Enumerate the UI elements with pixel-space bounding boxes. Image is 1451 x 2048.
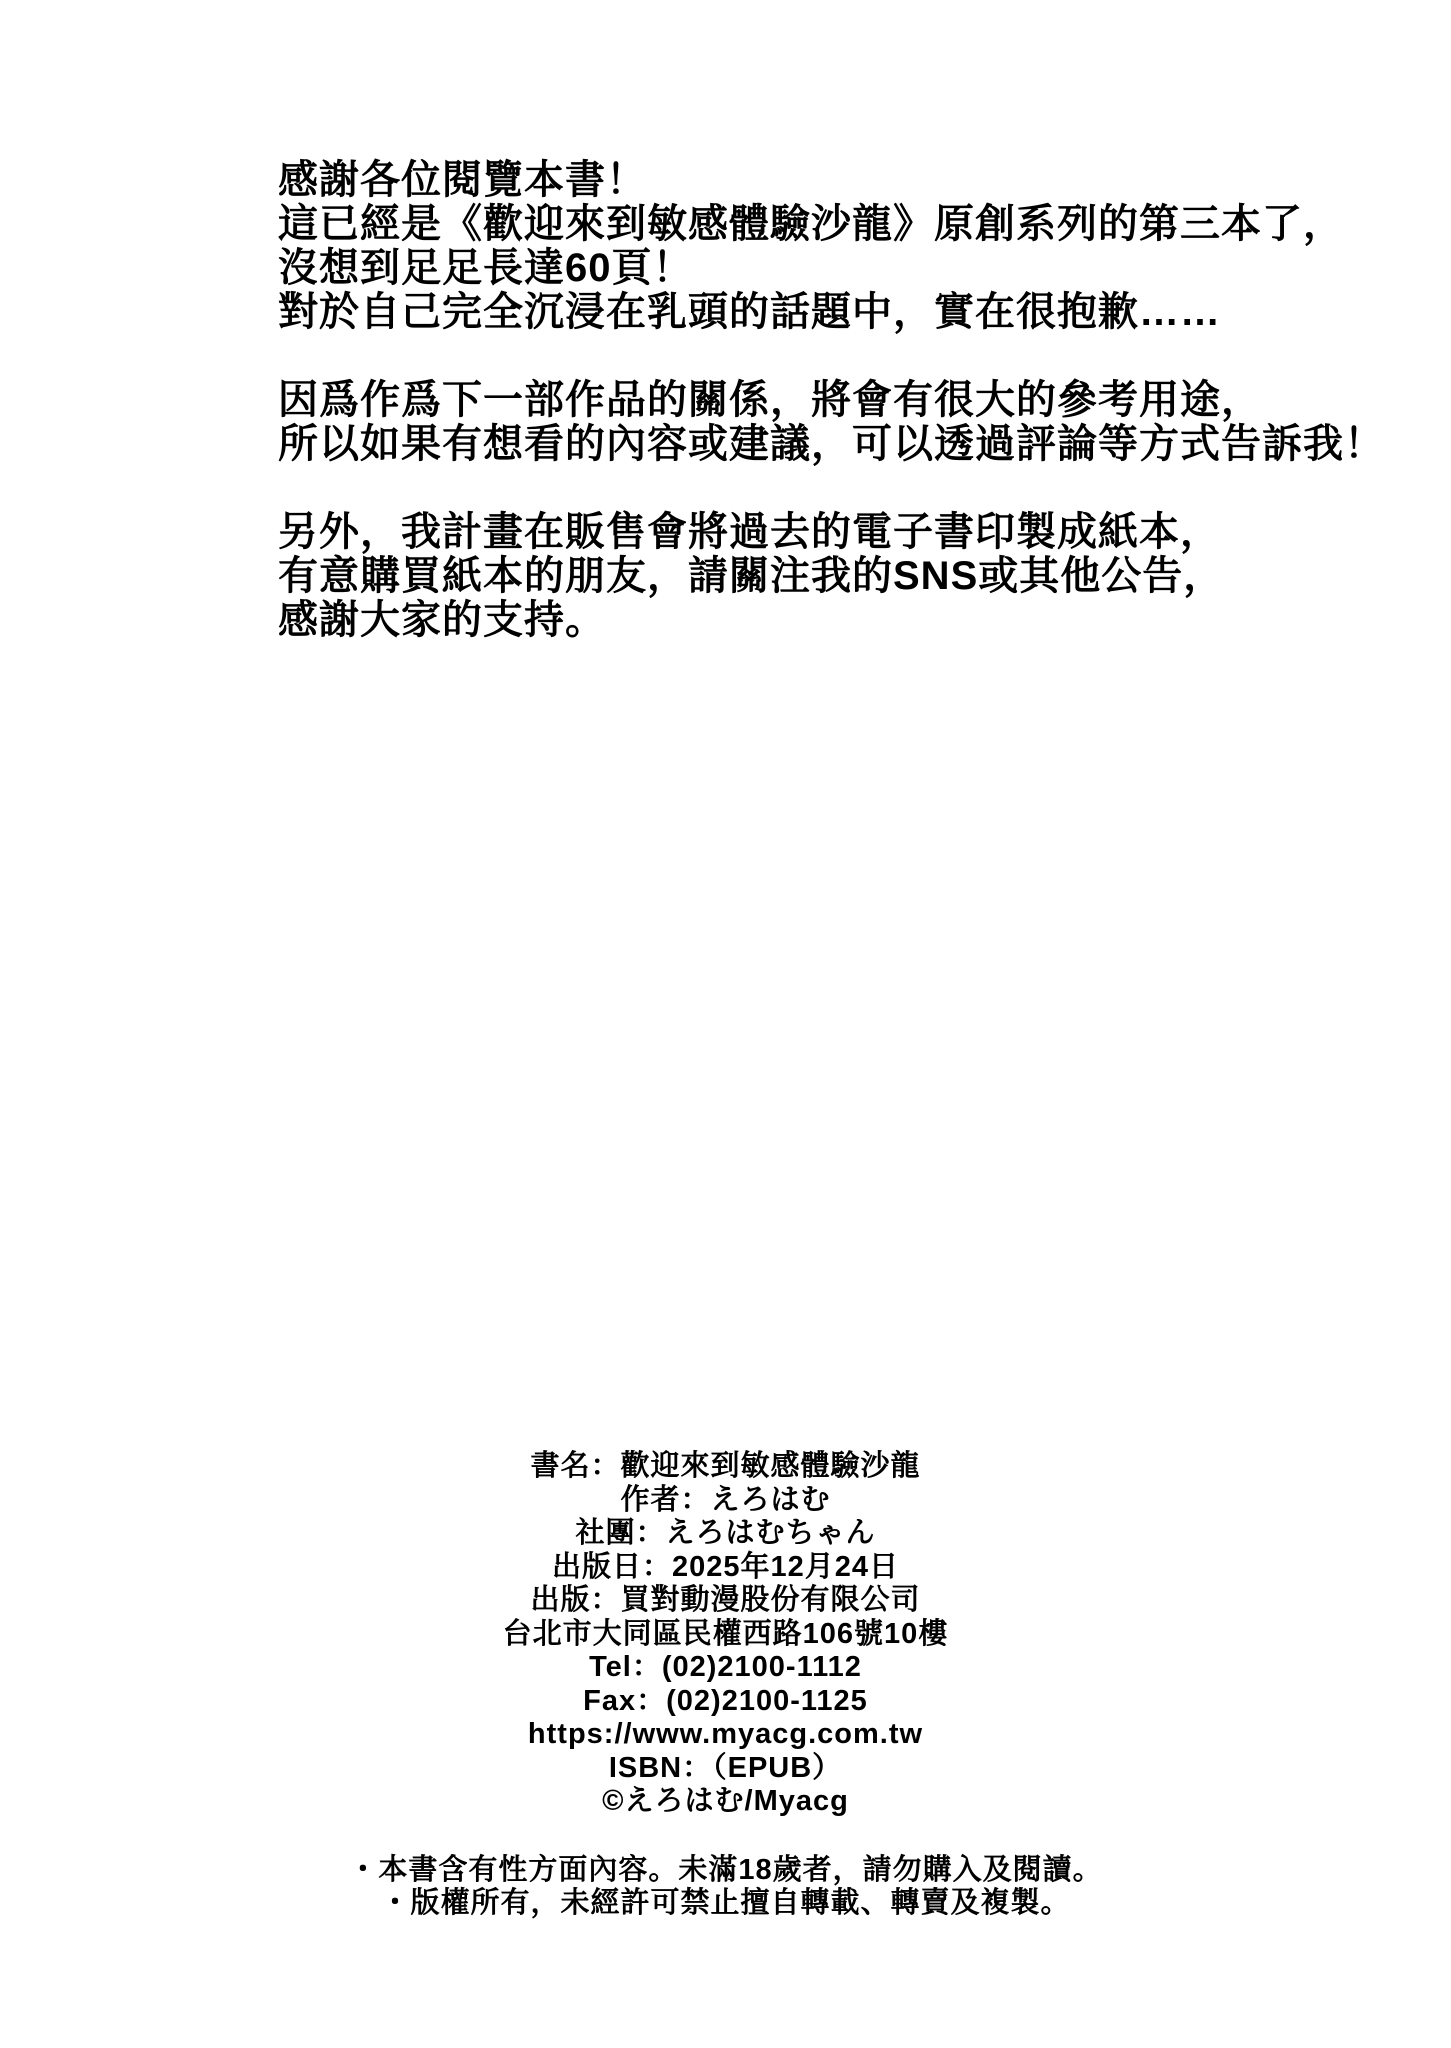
afterword-paragraph-feedback: 因爲作爲下一部作品的關係，將會有很大的參考用途， 所以如果有想看的內容或建議，可… xyxy=(278,378,1385,466)
afterword-line: 因爲作爲下一部作品的關係，將會有很大的參考用途， xyxy=(278,378,1385,422)
afterword-line: 另外，我計畫在販售會將過去的電子書印製成紙本， xyxy=(278,510,1385,554)
colophon-fax: Fax：(02)2100-1125 xyxy=(0,1685,1451,1719)
colophon-circle: 社團：えろはむちゃん xyxy=(0,1517,1451,1551)
disclaimer-age-warning: ・本書含有性方面內容。未滿18歲者，請勿購入及閱讀。 xyxy=(0,1854,1451,1887)
colophon-block: 書名：歡迎來到敏感體驗沙龍 作者：えろはむ 社團：えろはむちゃん 出版日：202… xyxy=(0,1450,1451,1819)
colophon-publisher-address: 台北市大同區民權西路106號10樓 xyxy=(0,1618,1451,1652)
afterword-line: 有意購買紙本的朋友，請關注我的SNS或其他公告， xyxy=(278,554,1385,598)
afterword-paragraph-thanks: 感謝各位閱覽本書！ 這已經是《歡迎來到敏感體驗沙龍》原創系列的第三本了， 沒想到… xyxy=(278,158,1385,334)
afterword-line: 沒想到足足長達60頁！ xyxy=(278,246,1385,290)
afterword-page: 感謝各位閱覽本書！ 這已經是《歡迎來到敏感體驗沙龍》原創系列的第三本了， 沒想到… xyxy=(0,0,1451,2048)
colophon-book-title: 書名：歡迎來到敏感體驗沙龍 xyxy=(0,1450,1451,1484)
afterword-line: 感謝各位閱覽本書！ xyxy=(278,158,1385,202)
colophon-tel: Tel：(02)2100-1112 xyxy=(0,1651,1451,1685)
disclaimer-copyright-warning: ・版權所有，未經許可禁止擅自轉載、轉賣及複製。 xyxy=(0,1887,1451,1920)
afterword-text-block: 感謝各位閱覽本書！ 這已經是《歡迎來到敏感體驗沙龍》原創系列的第三本了， 沒想到… xyxy=(278,158,1385,642)
afterword-line: 這已經是《歡迎來到敏感體驗沙龍》原創系列的第三本了， xyxy=(278,202,1385,246)
colophon-copyright: ©えろはむ/Myacg xyxy=(0,1785,1451,1819)
colophon-author: 作者：えろはむ xyxy=(0,1484,1451,1518)
afterword-paragraph-print-plans: 另外，我計畫在販售會將過去的電子書印製成紙本， 有意購買紙本的朋友，請關注我的S… xyxy=(278,510,1385,642)
afterword-line: 感謝大家的支持。 xyxy=(278,598,1385,642)
colophon-publish-date: 出版日：2025年12月24日 xyxy=(0,1551,1451,1585)
colophon-publisher: 出版：買對動漫股份有限公司 xyxy=(0,1584,1451,1618)
colophon-website-url: https://www.myacg.com.tw xyxy=(0,1718,1451,1752)
afterword-line: 所以如果有想看的內容或建議，可以透過評論等方式告訴我！ xyxy=(278,422,1385,466)
disclaimer-block: ・本書含有性方面內容。未滿18歲者，請勿購入及閱讀。 ・版權所有，未經許可禁止擅… xyxy=(0,1854,1451,1920)
afterword-line: 對於自己完全沉浸在乳頭的話題中，實在很抱歉…… xyxy=(278,290,1385,334)
colophon-isbn: ISBN：（EPUB） xyxy=(0,1752,1451,1786)
